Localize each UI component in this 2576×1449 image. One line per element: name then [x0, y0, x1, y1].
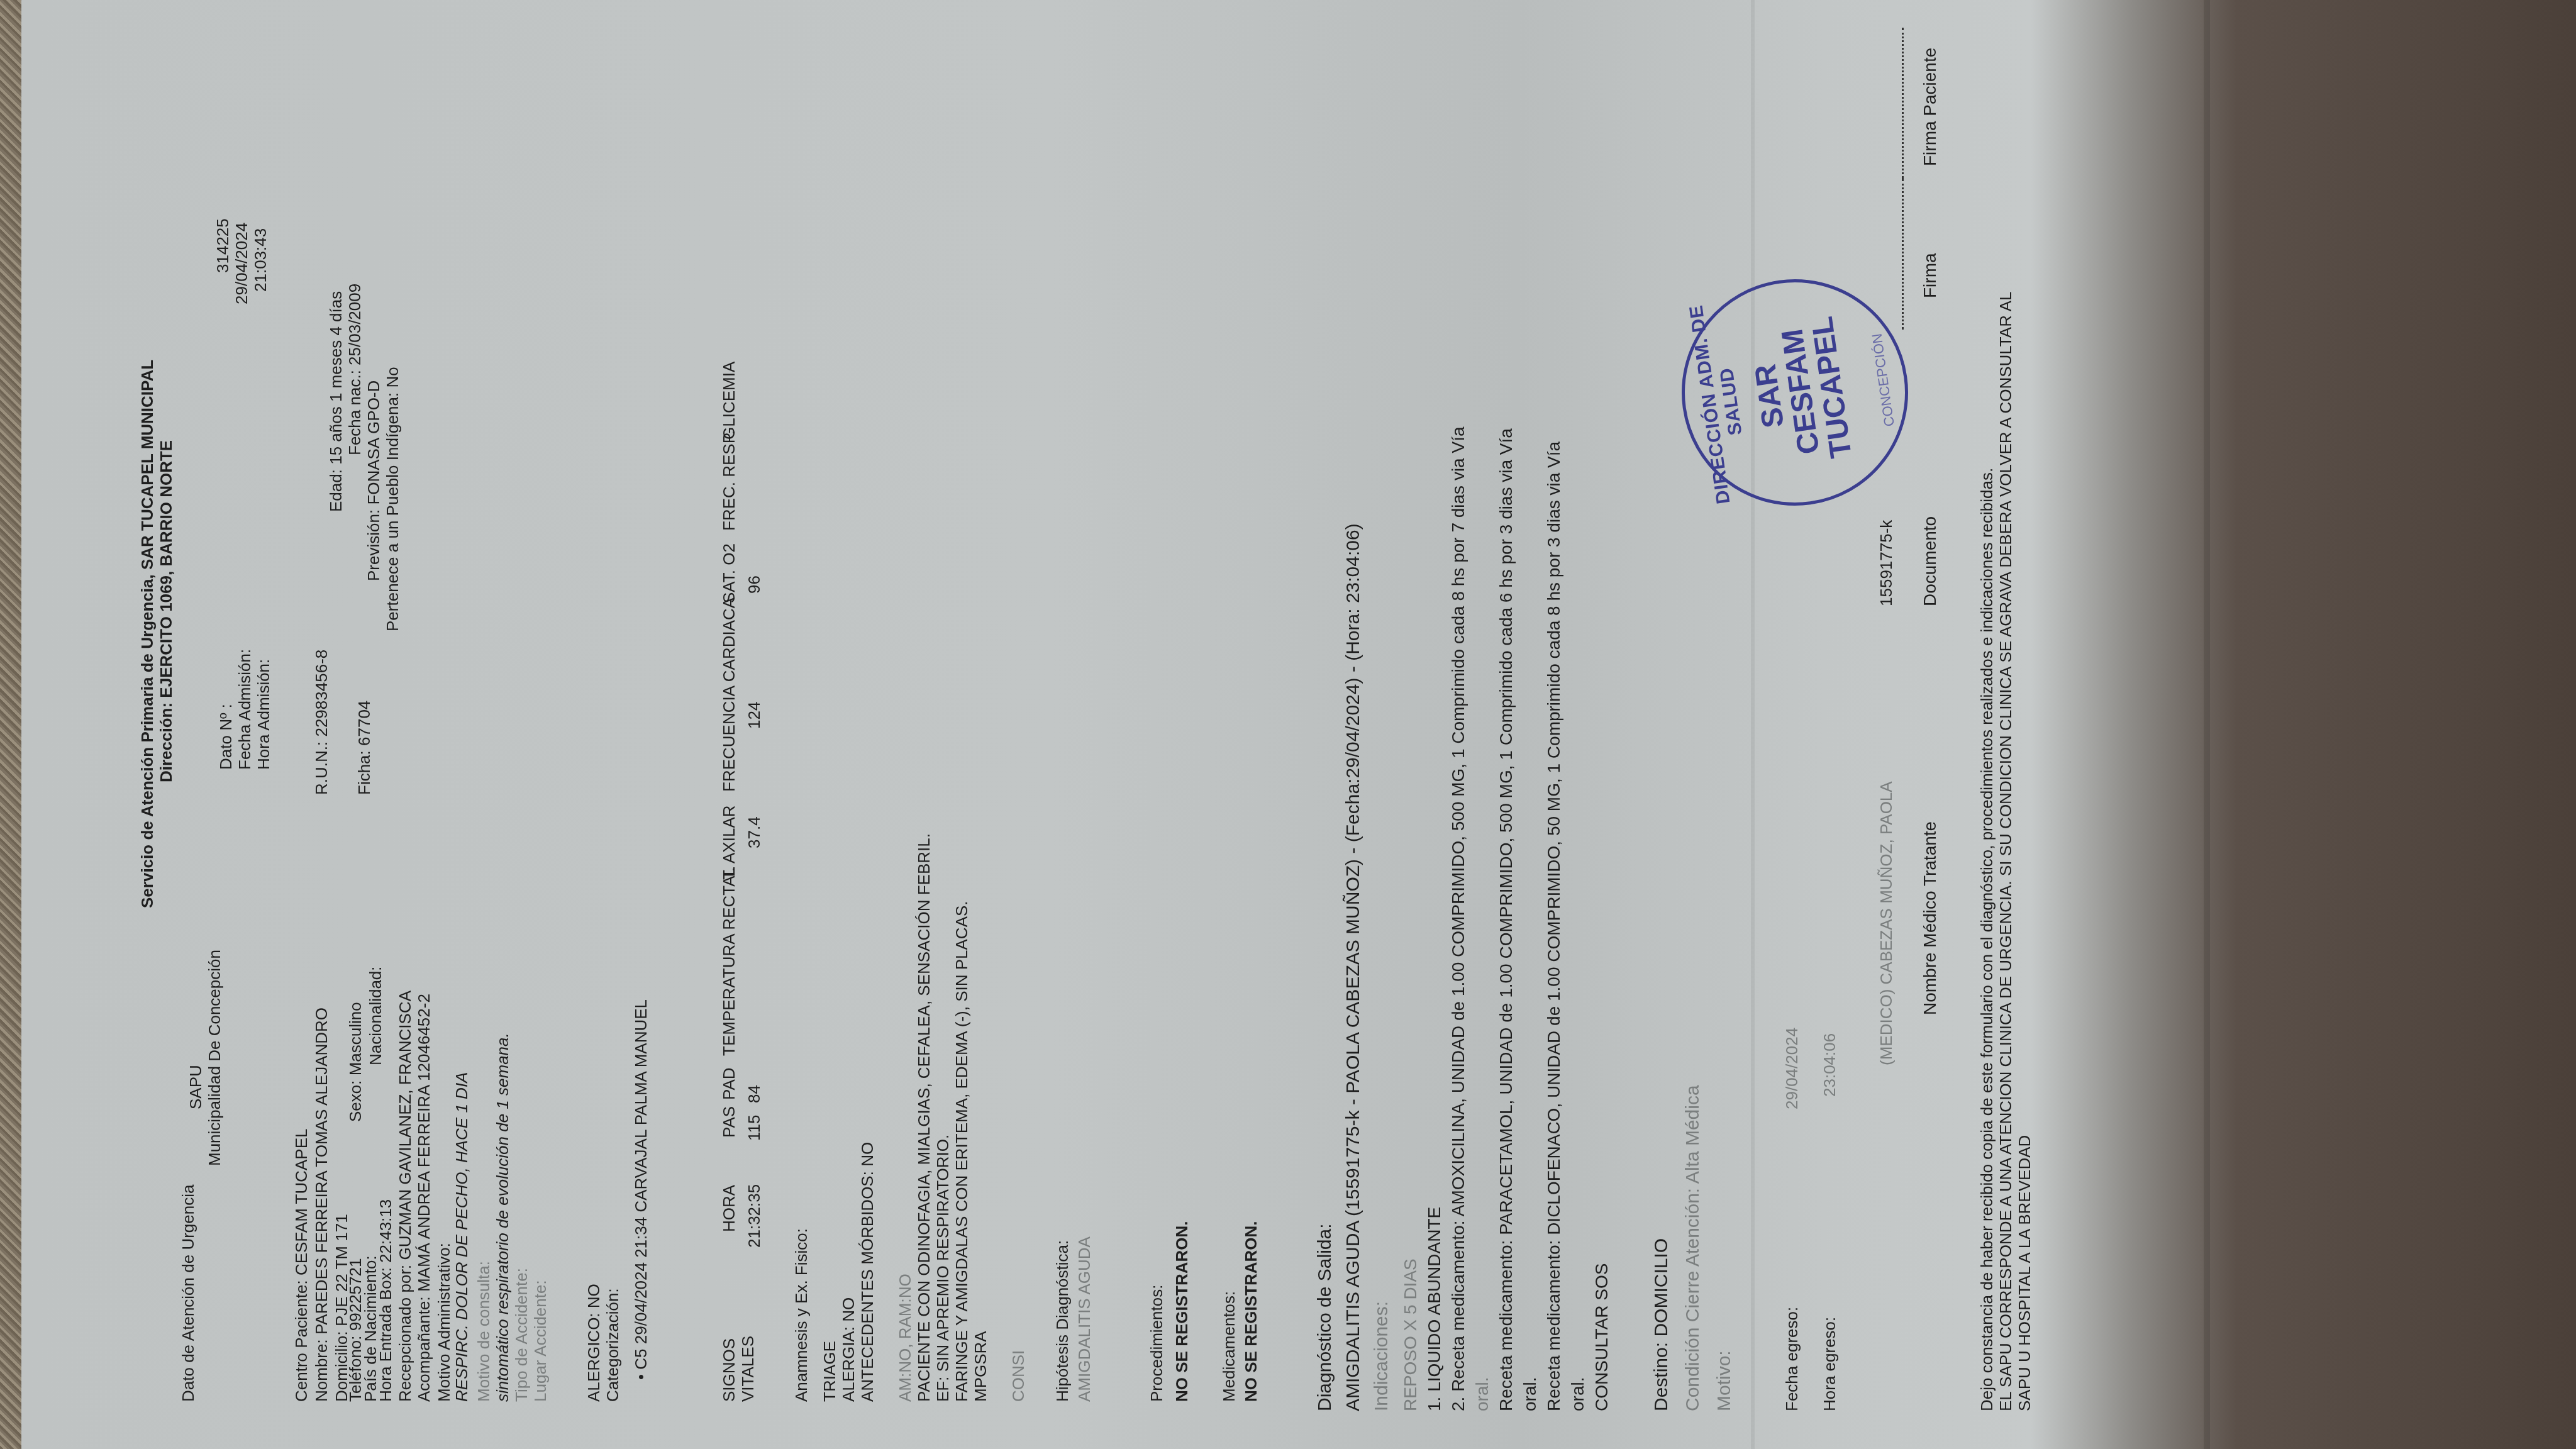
cierre-motivo: Motivo:: [1713, 1350, 1736, 1411]
vitals-col-temp-rectal: TEMPERATURA RECTAL: [719, 867, 739, 1056]
vitals-t-axilar-value: 37.4: [745, 816, 764, 848]
vitals-col-glicemia: GLICEMIA: [719, 362, 739, 440]
allergic-status: ALERGICO: NO: [584, 1284, 603, 1402]
anamnesis-line: AM:NO, RAM:NO: [896, 833, 914, 1402]
hora-admision-label: Hora Admisión:: [254, 659, 273, 770]
tipo-accidente: Tipo de Accidente:: [512, 1268, 531, 1402]
prescription-amoxicilina: 2. Receta medicamento: AMOXICILINA, UNID…: [1446, 427, 1470, 1412]
patient-name: Nombre: PAREDES FERREIRA TOMAS ALEJANDRO: [312, 1008, 331, 1402]
motivo-consulta-label: Motivo de consulta:: [474, 1261, 493, 1402]
medico-label: Nombre Médico Tratante: [1921, 821, 1940, 1015]
indicaciones-label: Indicaciones:: [1370, 1301, 1393, 1411]
firma-line: [1902, 179, 1904, 330]
prescription-diclofenaco: Receta medicamento: DICLOFENACO, UNIDAD …: [1542, 427, 1566, 1412]
fecha-admision-label: Fecha Admisión:: [235, 649, 254, 770]
anamnesis-text: TRIAGE ALERGIA: NO ANTECEDENTES MÓRBIDOS…: [820, 833, 1028, 1402]
paper-fold: [1751, 0, 1755, 1449]
hipotesis-label: Hipótesis Diagnóstica:: [1053, 1240, 1072, 1402]
anamnesis-line: CONSI: [1009, 833, 1028, 1402]
footer-line: SAPU U HOSPITAL A LA BREVEDAD: [2015, 291, 2034, 1411]
unit-name: SAPU: [186, 1065, 205, 1109]
indicaciones-list: REPOSO X 5 DIAS 1. LIQUIDO ABUNDANTE 2. …: [1399, 427, 1614, 1412]
anamnesis-line: [990, 833, 1009, 1402]
patient-sex: Sexo: Masculino: [346, 1002, 365, 1122]
stamp-center: SAR CESFAM TUCAPEL: [1739, 276, 1863, 507]
indicacion-line: REPOSO X 5 DIAS: [1399, 427, 1423, 1412]
vitals-pas-value: 115: [745, 1115, 764, 1141]
municipality: Municipalidad De Concepción: [205, 950, 224, 1166]
firma-paciente-label: Firma Paciente: [1921, 48, 1940, 166]
motivo-admin-value: RESPIRC. DOLOR DE PECHO, HACE 1 DIA: [452, 1072, 471, 1402]
centro-paciente: Centro Paciente: CESFAM TUCAPEL: [292, 1129, 311, 1402]
lugar-accidente: Lugar Accidente:: [531, 1280, 550, 1402]
vitals-label-1: SIGNOS: [719, 1338, 739, 1402]
form-title: Dato de Atención de Urgencia: [179, 1185, 197, 1402]
categorizacion-entry-text: C5 29/04/2024 21:34 CARVAJAL PALMA MANUE…: [631, 999, 650, 1370]
categorizacion-label: Categorización:: [603, 1288, 622, 1402]
vitals-hora-value: 21:32:35: [745, 1184, 764, 1248]
hora-admision-value: 21:03:43: [251, 228, 270, 292]
dato-value: 314225: [213, 218, 232, 273]
stamp-ring-bottom: CONCEPCIÓN: [1860, 270, 1906, 490]
diagnostico-value: AMIGDALITIS AGUDA (15591775-k - PAOLA CA…: [1342, 523, 1365, 1411]
vitals-sat-o2-value: 96: [745, 575, 764, 594]
medicamentos-label: Medicamentos:: [1219, 1291, 1238, 1402]
fecha-egreso-label: Fecha egreso:: [1782, 1307, 1801, 1411]
documento-label: Documento: [1921, 516, 1940, 606]
vitals-col-frec-cardiaca: FRECUENCIA CARDIACA: [719, 597, 739, 792]
hipotesis-value: AMIGDALITIS AGUDA: [1075, 1236, 1094, 1402]
prescription-paracetamol: Receta medicamento: PARACETAMOL, UNIDAD …: [1494, 427, 1518, 1412]
anamnesis-line: [877, 833, 896, 1402]
vitals-col-t-axilar: T. AXILAR: [719, 806, 739, 880]
indicacion-line: CONSULTAR SOS: [1590, 427, 1614, 1412]
procedimientos-value: NO SE REGISTRARON.: [1172, 1221, 1191, 1402]
documento-value: 15591775-k: [1877, 520, 1896, 606]
footer-line: EL SAPU CORRESPONDE A UNA ATENCION CLINI…: [1996, 291, 2015, 1411]
indicacion-line: 1. LIQUIDO ABUNDANTE: [1423, 427, 1446, 1412]
categorizacion-entry: • C5 29/04/2024 21:34 CARVAJAL PALMA MAN…: [631, 999, 650, 1380]
firma-paciente-line: [1902, 28, 1904, 179]
vitals-col-hora: HORA: [719, 1185, 739, 1232]
patient-indigenous: Pertenece a un Pueblo Indígena: No: [383, 367, 402, 631]
paper-fold-shadow: [2204, 0, 2210, 1449]
firma-label: Firma: [1921, 253, 1940, 298]
vital-signs-table: SIGNOS VITALES HORA PAS PAD TEMPERATURA …: [719, 18, 763, 1402]
hora-egreso-label: Hora egreso:: [1820, 1317, 1839, 1411]
procedimientos-label: Procedimientos:: [1147, 1285, 1166, 1402]
indicacion-line: oral.: [1518, 427, 1542, 1412]
patient-nationality: Nacionalidad:: [366, 966, 385, 1065]
paper-document: Dato de Atención de Urgencia Servicio de…: [21, 0, 2576, 1449]
box-entry-time: Hora Entrada Box: 22:43:13: [376, 1199, 395, 1402]
carpet-background: [0, 0, 21, 1449]
companion: Acompañante: MAMÁ ANDREA FERREIRA 120464…: [414, 994, 433, 1402]
fecha-admision-value: 29/04/2024: [232, 223, 251, 304]
motivo-consulta-value: sintomático respiratorio de evolución de…: [493, 1033, 512, 1402]
diagnostico-label: Diagnóstico de Salida:: [1314, 1223, 1336, 1411]
received-by: Recepcionado por: GUZMAN GAVILANEZ, FRAN…: [396, 991, 414, 1402]
indicacion-line: oral.: [1470, 427, 1494, 1412]
hora-egreso-value: 23:04:06: [1820, 1033, 1839, 1097]
anamnesis-line: EF: SIN APREMIO RESPIRATORIO.: [933, 833, 952, 1402]
patient-birthdate: Fecha nac.: 25/03/2009: [345, 284, 364, 455]
institutional-stamp: DIRECCIÓN ADM. DE SALUD SAR CESFAM TUCAP…: [1667, 265, 1923, 521]
vitals-label-2: VITALES: [738, 1336, 758, 1402]
patient-age: Edad: 15 años 1 meses 4 días: [326, 291, 345, 512]
vitals-col-pad: PAD: [719, 1067, 739, 1100]
medicamentos-value: NO SE REGISTRARON.: [1241, 1221, 1260, 1402]
service-direction: Dirección: EJERCITO 1069, BARRIO NORTE: [157, 440, 175, 782]
patient-run: R.U.N.: 22983456-8: [312, 650, 331, 795]
anamnesis-line: FARINGE Y AMIGDALAS CON ERITEMA, EDEMA (…: [952, 833, 971, 1402]
indicacion-line: oral.: [1566, 427, 1590, 1412]
anamnesis-line: TRIAGE: [820, 833, 839, 1402]
vitals-pad-value: 84: [745, 1085, 764, 1103]
footer-line: Dejo constancia de haber recibido copia …: [1977, 291, 1996, 1411]
motivo-admin-label: Motivo Administrativo:: [435, 1243, 453, 1402]
anamnesis-line: MPGSRA: [971, 833, 990, 1402]
anamnesis-line: ALERGIA: NO: [839, 833, 858, 1402]
condicion-cierre: Condición Cierre Atención: Alta Médica: [1682, 1085, 1704, 1411]
vitals-col-pas: PAS: [719, 1106, 739, 1138]
service-title: Servicio de Atención Primaria de Urgenci…: [138, 360, 157, 908]
vitals-col-frec-resp: FREC. RESP.: [719, 430, 739, 531]
anamnesis-label: Anamnesis y Ex. Fisico:: [792, 1228, 811, 1402]
patient-ficha: Ficha: 67704: [355, 701, 374, 795]
fecha-egreso-value: 29/04/2024: [1782, 1028, 1801, 1109]
vitals-col-sat-o2: SAT. O2: [719, 543, 739, 603]
anamnesis-line: PACIENTE CON ODINOFAGIA, MIALGIAS, CEFAL…: [914, 833, 933, 1402]
dato-label: Dato Nº :: [216, 704, 235, 770]
patient-prevision: Previsión: FONASA GPO-D: [364, 380, 383, 581]
footer-disclaimer: Dejo constancia de haber recibido copia …: [1977, 291, 2034, 1411]
anamnesis-line: ANTECEDENTES MÓRBIDOS: NO: [858, 833, 877, 1402]
medico-name: (MEDICO) CABEZAS MUÑOZ, PAOLA: [1877, 781, 1896, 1065]
vitals-frec-cardiaca-value: 124: [745, 702, 764, 729]
destino: Destino: DOMICILIO: [1650, 1238, 1673, 1411]
